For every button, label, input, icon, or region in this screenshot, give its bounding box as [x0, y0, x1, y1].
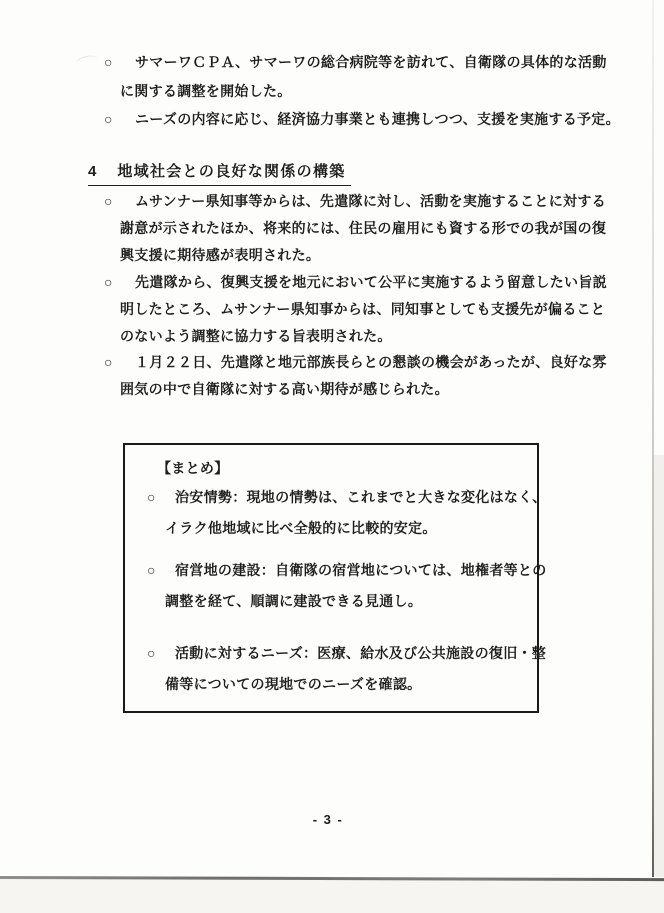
bullet-line: ○１月２２日、先遣隊と地元部族長らとの懇談の機会があったが、良好な雰 [104, 349, 607, 376]
bullet-marker: ○ [147, 482, 175, 513]
bullet-text: 備等についての現地でのニーズを確認。 [165, 676, 421, 692]
bullet-text: 興支援に期待感が表明された。 [120, 247, 320, 263]
summary-item: ○治安情勢：現地の情勢は、これまでと大きな変化はなく、 イラク他地域に比べ全般的… [147, 482, 547, 543]
bullet-line: 興支援に期待感が表明された。 [104, 242, 607, 269]
bullet-line: イラク他地域に比べ全般的に比較的安定。 [147, 513, 547, 544]
summary-item: ○活動に対するニーズ：医療、給水及び公共施設の復旧・整 備等についての現地でのニ… [147, 638, 546, 699]
scan-speck [75, 54, 99, 69]
bullet-line: のないよう調整に協力する旨表明された。 [104, 323, 607, 350]
bullet-text: に関する調整を開始した。 [120, 83, 292, 99]
bullet-line: ○先遣隊から、復興支援を地元において公平に実施するよう留意したい旨説 [104, 269, 607, 296]
bullet-line: 備等についての現地でのニーズを確認。 [147, 669, 546, 700]
scan-edge-right-band [654, 455, 664, 877]
bullet-line: ○活動に対するニーズ：医療、給水及び公共施設の復旧・整 [147, 638, 546, 669]
bullet-text: 先遣隊から、復興支援を地元において公平に実施するよう留意したい旨説 [135, 274, 607, 290]
bullet-marker: ○ [104, 105, 135, 134]
bullet-marker: ○ [104, 269, 135, 296]
scan-edge-right [652, 0, 654, 877]
bullet-line: 謝意が示されたほか、将来的には、住民の雇用にも資する形での我が国の復 [104, 215, 607, 242]
bullet-marker: ○ [147, 638, 175, 669]
section-heading: 4地域社会との良好な関係の構築 [88, 160, 351, 186]
bullet-text: 活動に対するニーズ：医療、給水及び公共施設の復旧・整 [175, 645, 546, 661]
bullet-text: イラク他地域に比べ全般的に比較的安定。 [165, 520, 437, 536]
bullet-text: 囲気の中で自衛隊に対する高い期待が感じられた。 [120, 381, 449, 397]
bullet-marker: ○ [147, 555, 175, 586]
bullet-text: １月２２日、先遣隊と地元部族長らとの懇談の機会があったが、良好な雰 [135, 354, 607, 370]
bullet-line: 調整を経て、順調に建設できる見通し。 [147, 586, 547, 617]
scanned-document-page: ○サマーワＣＰＡ、サマーワの総合病院等を訪れて、自衛隊の具体的な活動 に関する調… [0, 0, 664, 913]
bullet-marker: ○ [104, 188, 135, 215]
page-number: - 3 - [0, 812, 664, 827]
bullet-text: 調整を経て、順調に建設できる見通し。 [165, 593, 422, 609]
bullet-text: 治安情勢：現地の情勢は、これまでと大きな変化はなく、 [175, 489, 547, 505]
bullet-line: に関する調整を開始した。 [104, 77, 620, 106]
bullet-line: ○ムサンナー県知事等からは、先遣隊に対し、活動を実施することに対する [104, 188, 607, 215]
bullet-text: ニーズの内容に応じ、経済協力事業とも連携しつつ、支援を実施する予定。 [135, 111, 620, 127]
bullet-text: ムサンナー県知事等からは、先遣隊に対し、活動を実施することに対する [135, 193, 606, 209]
bullet-line: 囲気の中で自衛隊に対する高い期待が感じられた。 [104, 376, 607, 403]
section-number: 4 [88, 163, 96, 180]
summary-box-title: 【まとめ】 [157, 453, 229, 483]
bullet-marker: ○ [104, 48, 135, 77]
bullet-text: サマーワＣＰＡ、サマーワの総合病院等を訪れて、自衛隊の具体的な活動 [135, 54, 607, 70]
summary-box: 【まとめ】 ○治安情勢：現地の情勢は、これまでと大きな変化はなく、 イラク他地域… [123, 443, 539, 713]
section-bullets: ○ムサンナー県知事等からは、先遣隊に対し、活動を実施することに対する 謝意が示さ… [104, 188, 607, 403]
bullet-text: 謝意が示されたほか、将来的には、住民の雇用にも資する形での我が国の復 [120, 220, 606, 236]
bullet-line: 明したところ、ムサンナー県知事からは、同知事としても支援先が偏ること [104, 296, 607, 323]
intro-bullets: ○サマーワＣＰＡ、サマーワの総合病院等を訪れて、自衛隊の具体的な活動 に関する調… [104, 48, 620, 134]
summary-item: ○宿営地の建設：自衛隊の宿営地については、地権者等との 調整を経て、順調に建設で… [147, 555, 547, 616]
bullet-line: ○サマーワＣＰＡ、サマーワの総合病院等を訪れて、自衛隊の具体的な活動 [104, 48, 620, 77]
bullet-text: のないよう調整に協力する旨表明された。 [120, 328, 392, 344]
scan-paper-bottom-margin [0, 879, 664, 913]
bullet-line: ○ニーズの内容に応じ、経済協力事業とも連携しつつ、支援を実施する予定。 [104, 105, 620, 134]
section-title: 地域社会との良好な関係の構築 [117, 163, 345, 180]
bullet-text: 明したところ、ムサンナー県知事からは、同知事としても支援先が偏ること [120, 301, 605, 317]
bullet-line: ○治安情勢：現地の情勢は、これまでと大きな変化はなく、 [147, 482, 547, 513]
bullet-marker: ○ [104, 349, 135, 376]
bullet-line: ○宿営地の建設：自衛隊の宿営地については、地権者等との [147, 555, 547, 586]
bullet-text: 宿営地の建設：自衛隊の宿営地については、地権者等との [175, 562, 547, 578]
